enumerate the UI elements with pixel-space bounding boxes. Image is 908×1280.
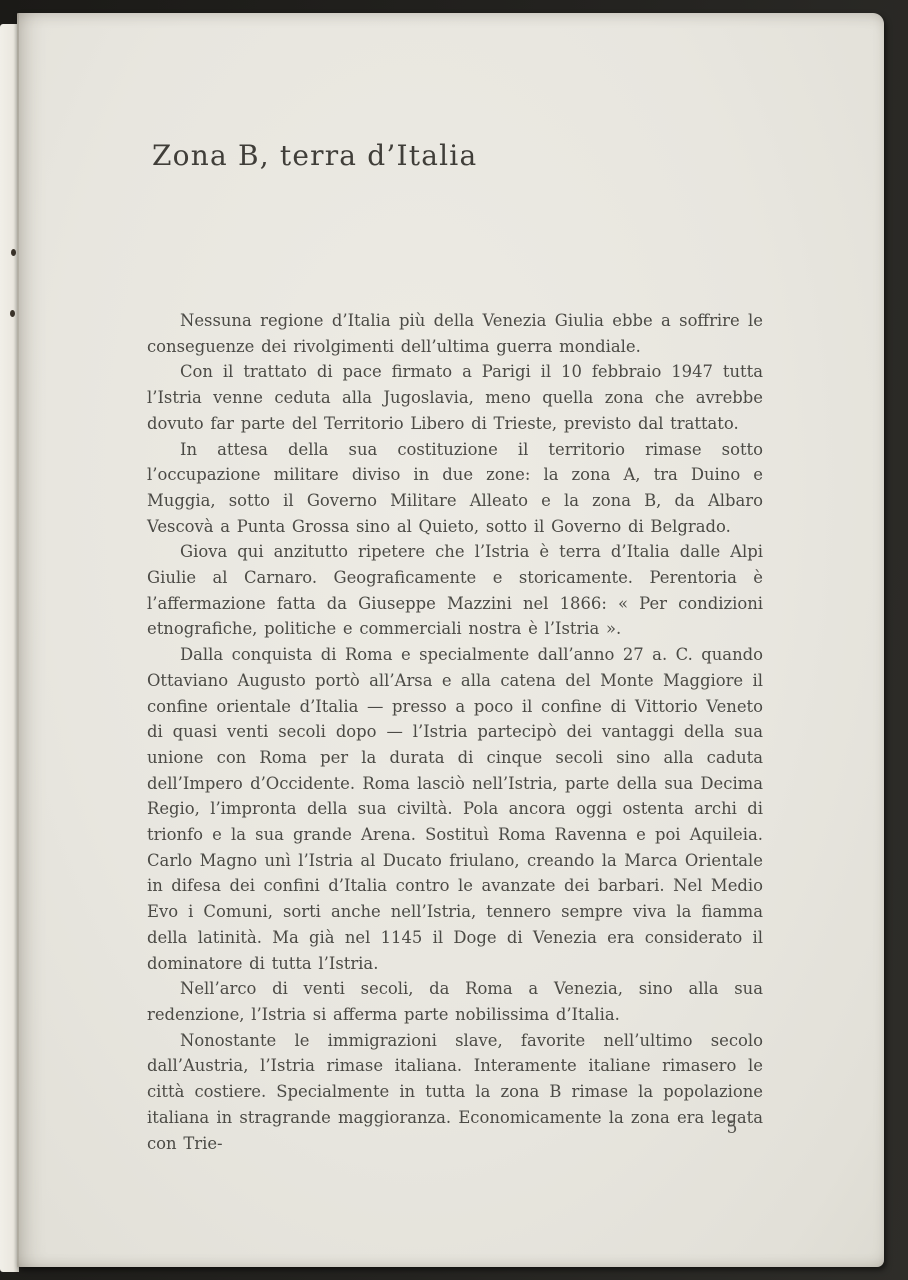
- paragraph: Nessuna regione d’Italia più della Venez…: [147, 308, 763, 359]
- binding-stitch-dot: [11, 249, 16, 256]
- page-number: 5: [717, 1118, 747, 1138]
- paragraph: Giova qui anzitutto ripetere che l’Istri…: [147, 539, 763, 642]
- gutter-crease: [17, 13, 19, 1267]
- paragraph: Nell’arco di venti secoli, da Roma a Ven…: [147, 976, 763, 1027]
- body-text: Nessuna regione d’Italia più della Venez…: [147, 308, 763, 1156]
- paragraph: Dalla conquista di Roma e specialmente d…: [147, 642, 763, 976]
- binding-stitch-dot: [10, 310, 15, 317]
- paragraph: In attesa della sua costituzione il terr…: [147, 437, 763, 540]
- chapter-title: Zona B, terra d’Italia: [152, 139, 477, 172]
- paragraph: Con il trattato di pace firmato a Parigi…: [147, 359, 763, 436]
- book-scan: Zona B, terra d’Italia Nessuna regione d…: [0, 0, 908, 1280]
- paragraph: Nonostante le immigrazioni slave, favori…: [147, 1028, 763, 1157]
- book-page: Zona B, terra d’Italia Nessuna regione d…: [17, 13, 884, 1267]
